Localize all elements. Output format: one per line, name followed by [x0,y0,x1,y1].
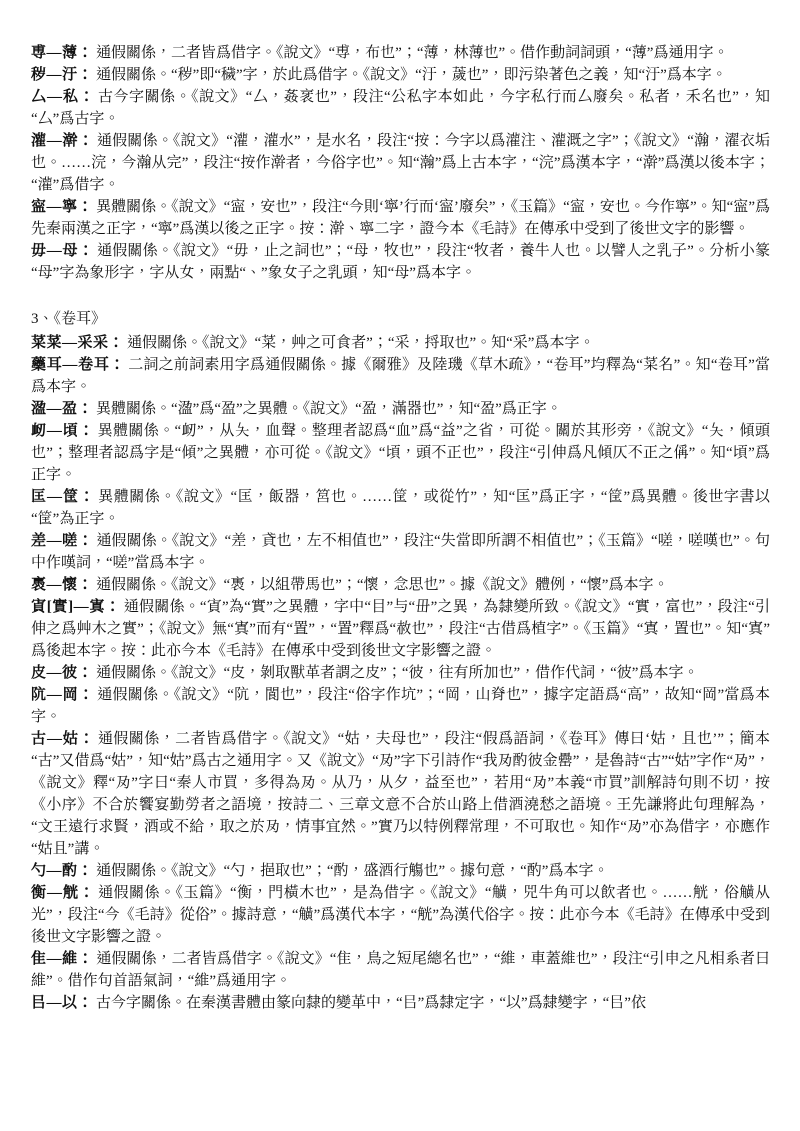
entry: 溋—盈：異體關係。“溋”爲“盈”之異體。《說文》“盈，滿器也”，知“盈”爲正字。 [31,398,770,420]
entry: 古—姑：通假關係，二者皆爲借字。《說文》“姑，夫母也”，段注“假爲語詞，《卷耳》… [31,728,770,860]
document-page: 尃—薄：通假關係，二者皆爲借字。《說文》“尃，布也”；“薄，林薄也”。借作動詞詞… [0,0,800,1131]
entry: 寊[實]—寘：通假關係。“寊”為“實”之異體，字中“目”与“毌”之異，為隸變所致… [31,596,770,662]
entry: 菜菜—采采：通假關係。《說文》“菜，艸之可食者”；“采，捋取也”。知“采”爲本字… [31,332,770,354]
entry: 尃—薄：通假關係，二者皆爲借字。《說文》“尃，布也”；“薄，林薄也”。借作動詞詞… [31,42,770,64]
entry: 秽—汙：通假關係。“秽”即“穢”字，於此爲借字。《說文》“汙，薉也”，即污染著色… [31,64,770,86]
entry-body: 異體關係。“衂”，从夨，血聲。整理者認爲“血”爲“益”之省，可從。關於其形旁，《… [31,423,770,483]
entry-body: 通假關係。《說文》“褭，以組帶馬也”；“懷，念思也”。據《說文》體例，“懷”爲本… [96,577,668,593]
entry: 皮—彼：通假關係。《說文》“皮，剝取獸革者謂之皮”；“彼，往有所加也”，借作代詞… [31,662,770,684]
entry-headword: 溋—盈： [31,401,93,417]
entry-headword: 菜菜—采采： [31,335,124,351]
entry-body: 異體關係。《說文》“匡，飯器，筥也。……筐，或從竹”，知“匡”爲正字，“筐”爲異… [31,489,770,527]
entry-body: 古今字關係。在秦漢書體由篆向隸的變革中，“㠯”爲隸定字，“以”爲隸變字，“㠯”依 [96,995,646,1011]
entry: 隹—維：通假關係，二者皆爲借字。《說文》“隹，鳥之短尾總名也”，“維，車蓋維也”… [31,948,770,992]
entry-body: 通假關係。《說文》“差，貣也，左不相值也”，段注“失當即所謂不相值也”；《玉篇》… [31,533,770,571]
entry-body: 通假關係。《玉篇》“衡，門橫木也”，是為借字。《說文》“觵，兕牛角可以飲者也。…… [31,885,770,945]
entry-body: 通假關係。《說文》“菜，艸之可食者”；“采，捋取也”。知“采”爲本字。 [127,335,594,351]
entry-body: 通假關係，二者皆爲借字。《說文》“姑，夫母也”，段注“假爲語詞，《卷耳》傳曰‘姑… [31,731,770,857]
entry-body: 通假關係。《說文》“勺，挹取也”；“酌，盛酒行觴也”。據句意，“酌”爲本字。 [96,863,608,879]
entry-body: 古今字關係。《說文》“厶，姦衺也”，段注“公私字本如此，今字私行而厶廢矣。私者，… [31,89,770,127]
entry: 褭—懷：通假關係。《說文》“褭，以組帶馬也”；“懷，念思也”。據《說文》體例，“… [31,574,770,596]
entry-headword: 皮—彼： [31,665,93,681]
entry-body: 通假關係，二者皆爲借字。《說文》“隹，鳥之短尾總名也”，“維，車蓋維也”，段注“… [31,951,770,989]
entry: 灌—澣：通假關係。《說文》“灌，灌水”，是水名，段注“按：今字以爲灌注、灌溉之字… [31,130,770,196]
entry: 勺—酌：通假關係。《說文》“勺，挹取也”；“酌，盛酒行觴也”。據句意，“酌”爲本… [31,860,770,882]
entry-headword: 秽—汙： [31,67,93,83]
entry-headword: 尃—薄： [31,45,93,61]
entry-headword: 毋—母： [31,243,94,259]
entry-headword: 匡—筐： [31,489,95,505]
entry-body: 異體關係。《說文》“寍，安也”，段注“今則‘寧’行而‘寍’廢矣”，《玉篇》“寍，… [31,199,770,237]
entry-headword: 褭—懷： [31,577,93,593]
entry: 虊耳—卷耳：二詞之前詞素用字爲通假關係。據《爾雅》及陸璣《草木疏》，“卷耳”均釋… [31,354,770,398]
entry: 寍—寧：異體關係。《說文》“寍，安也”，段注“今則‘寧’行而‘寍’廢矣”，《玉篇… [31,196,770,240]
entry-headword: 灌—澣： [31,133,94,149]
entry-body: 通假關係。“寊”為“實”之異體，字中“目”与“毌”之異，為隸變所致。《說文》“實… [31,599,770,659]
entry: 匡—筐：異體關係。《說文》“匡，飯器，筥也。……筐，或從竹”，知“匡”爲正字，“… [31,486,770,530]
entry: 阬—岡：通假關係。《說文》“阬，閬也”，段注“俗字作坑”；“岡，山脊也”，據字定… [31,684,770,728]
entry: 差—嗟：通假關係。《說文》“差，貣也，左不相值也”，段注“失當即所謂不相值也”；… [31,530,770,574]
entry: 衂—頃：異體關係。“衂”，从夨，血聲。整理者認爲“血”爲“益”之省，可從。關於其… [31,420,770,486]
entry-headword: 勺—酌： [31,863,93,879]
entry-body: 通假關係。《說文》“阬，閬也”，段注“俗字作坑”；“岡，山脊也”，據字定語爲“高… [31,687,770,725]
entry-headword: 厶—私： [31,89,95,105]
entry-body: 通假關係，二者皆爲借字。《說文》“尃，布也”；“薄，林薄也”。借作動詞詞頭，“薄… [96,45,728,61]
entry-headword: 寍—寧： [31,199,93,215]
entry-headword: 古—姑： [31,731,95,747]
entry-body: 通假關係。《說文》“灌，灌水”，是水名，段注“按：今字以爲灌注、灌溉之字”；《說… [31,133,770,193]
entry-headword: 阬—岡： [31,687,94,703]
entry-headword: 隹—維： [31,951,93,967]
entry-body: 通假關係。《說文》“毋，止之詞也”；“母，牧也”，段注“牧者，養牛人也。以譬人之… [31,243,770,281]
entry-body: 通假關係。《說文》“皮，剝取獸革者謂之皮”；“彼，往有所加也”，借作代詞，“彼”… [96,665,698,681]
entry-list-section3: 菜菜—采采：通假關係。《說文》“菜，艸之可食者”；“采，捋取也”。知“采”爲本字… [31,332,770,1014]
entry-headword: 寊[實]—寘： [31,599,121,615]
entry-headword: 衡—觥： [31,885,95,901]
entry: 厶—私：古今字關係。《說文》“厶，姦衺也”，段注“公私字本如此，今字私行而厶廢矣… [31,86,770,130]
entry-body: 通假關係。“秽”即“穢”字，於此爲借字。《說文》“汙，薉也”，即污染著色之義，知… [96,67,727,83]
entry-list-section2: 尃—薄：通假關係，二者皆爲借字。《說文》“尃，布也”；“薄，林薄也”。借作動詞詞… [31,42,770,284]
entry-headword: 虊耳—卷耳： [31,357,125,373]
entry: 㠯—以：古今字關係。在秦漢書體由篆向隸的變革中，“㠯”爲隸定字，“以”爲隸變字，… [31,992,770,1014]
entry-headword: 差—嗟： [31,533,93,549]
entry-headword: 㠯—以： [31,995,93,1011]
entry: 毋—母：通假關係。《說文》“毋，止之詞也”；“母，牧也”，段注“牧者，養牛人也。… [31,240,770,284]
entry: 衡—觥：通假關係。《玉篇》“衡，門橫木也”，是為借字。《說文》“觵，兕牛角可以飲… [31,882,770,948]
entry-body: 異體關係。“溋”爲“盈”之異體。《說文》“盈，滿器也”，知“盈”爲正字。 [96,401,562,417]
section-header: 3、《卷耳》 [31,308,770,330]
entry-headword: 衂—頃： [31,423,95,439]
entry-body: 二詞之前詞素用字爲通假關係。據《爾雅》及陸璣《草木疏》，“卷耳”均釋為“菜名”。… [31,357,770,395]
